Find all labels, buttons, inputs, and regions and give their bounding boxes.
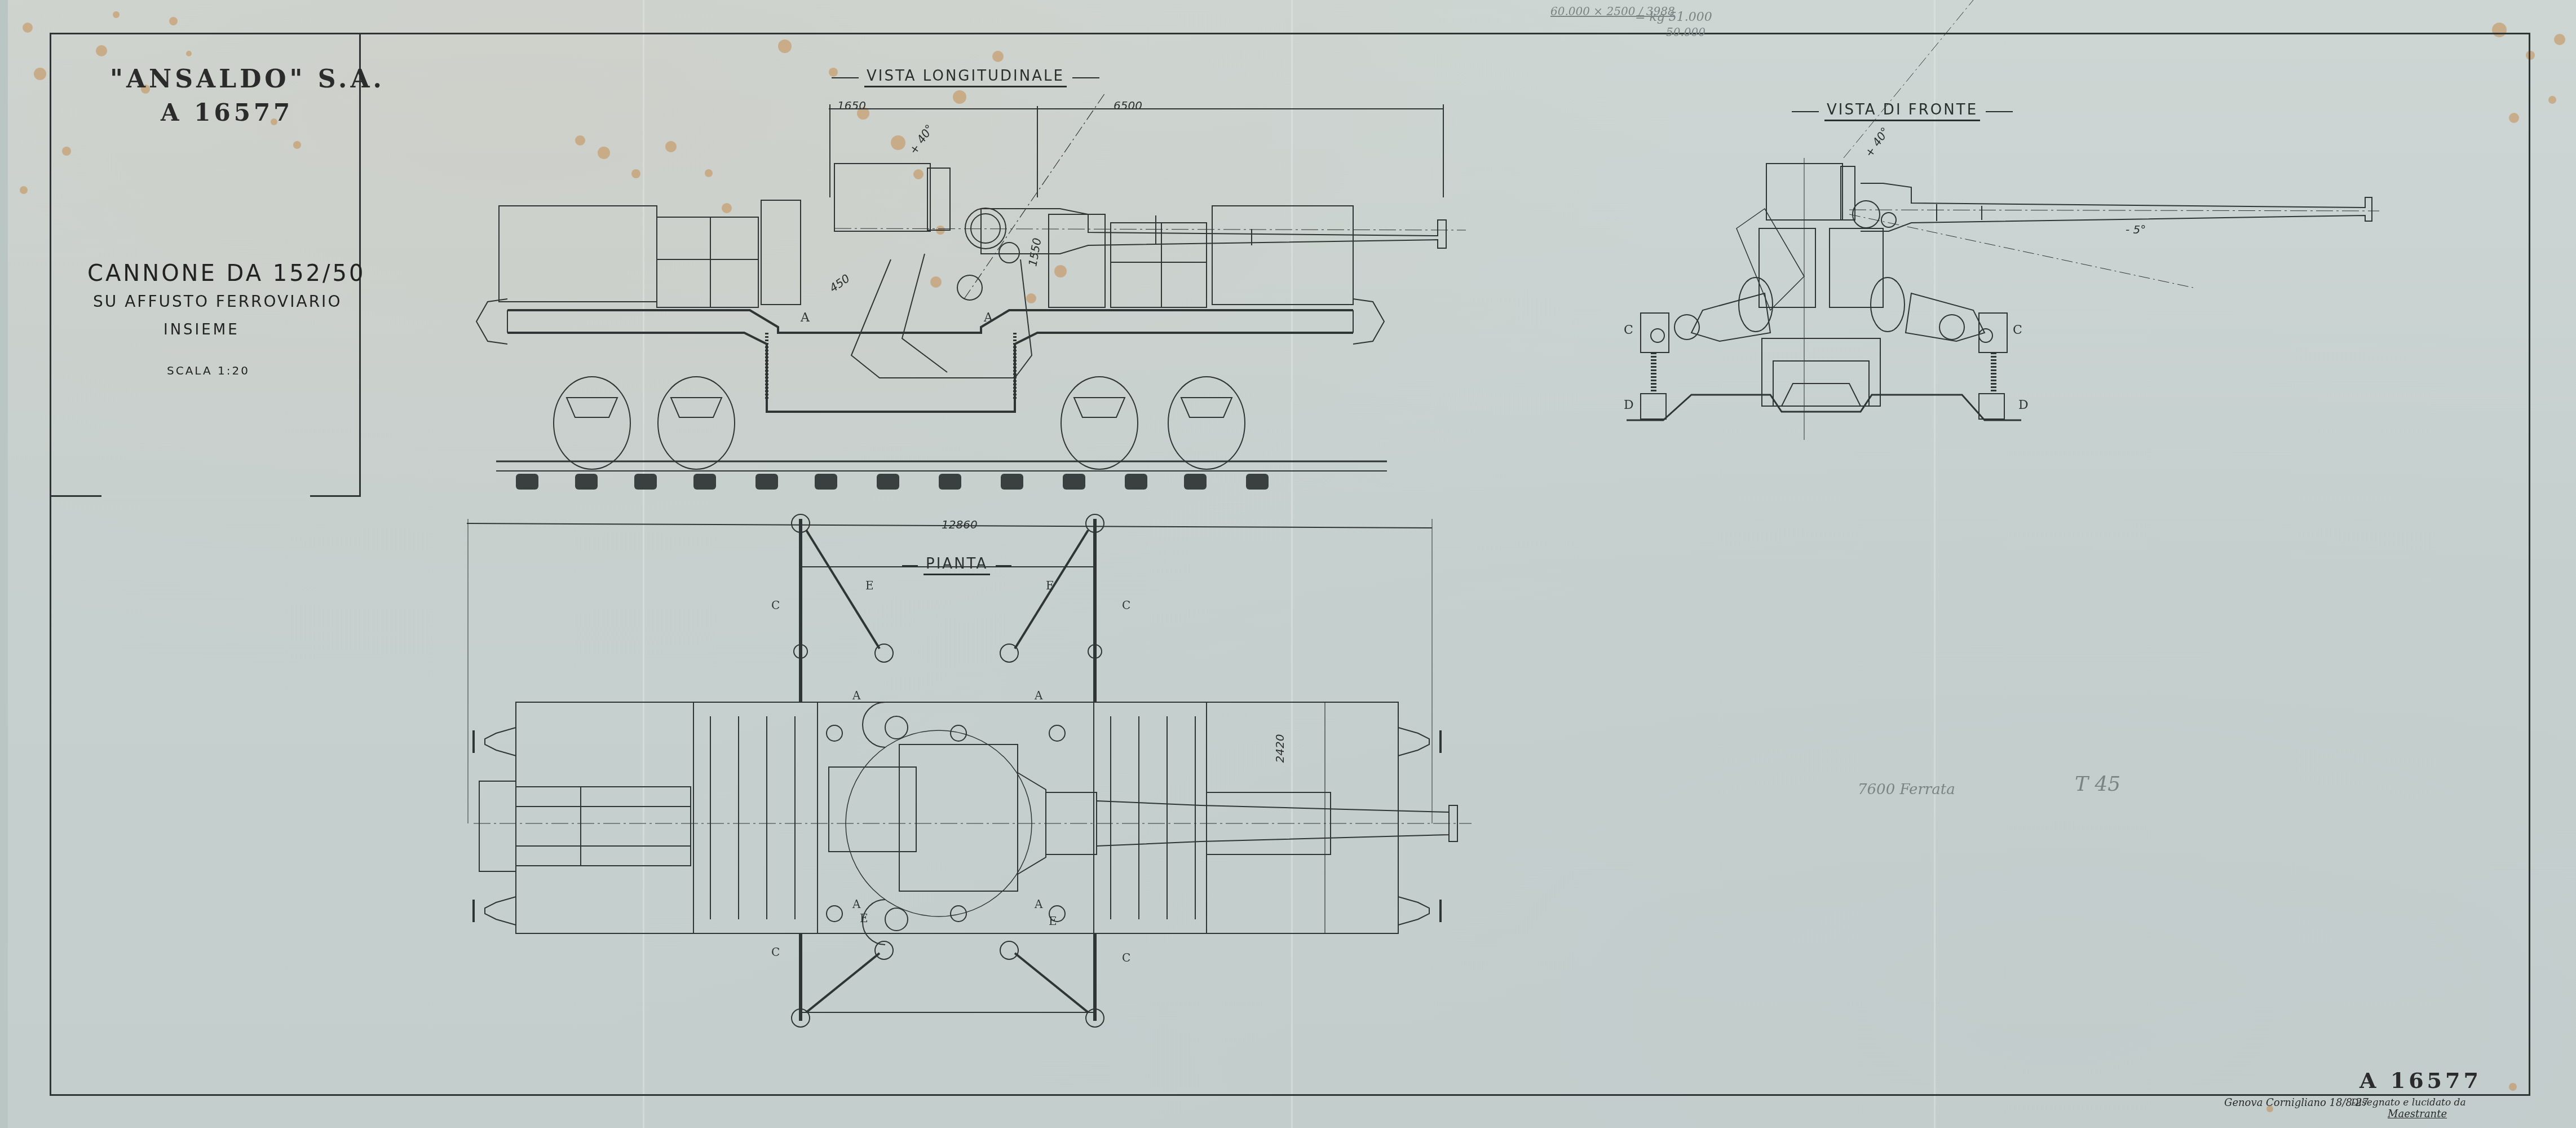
svg-text:C: C [1122,951,1130,964]
svg-text:C: C [771,598,780,612]
svg-text:E: E [865,579,874,592]
pencil-result: = kg 51.000 [1635,10,1712,24]
drawing-title: CANNONE DA 152/50 [87,261,365,287]
svg-text:C: C [2013,323,2022,337]
svg-text:A: A [1034,897,1043,911]
sheet-edge [0,0,8,1128]
svg-text:A: A [852,897,861,911]
longitudinal-view-drawing: A A [462,85,1477,423]
svg-text:C: C [1122,598,1130,612]
pencil-note-middle: 7600 Ferrata [1858,781,1955,798]
drawing-scale: SCALA 1:20 [167,364,250,377]
drawing-number: A 16577 [161,99,293,126]
svg-text:C: C [771,945,780,959]
svg-text:E: E [860,911,868,925]
drawing-subtitle: SU AFFUSTO FERROVIARIO [93,292,342,311]
svg-text:D: D [1624,398,1634,412]
svg-text:D: D [2018,398,2029,412]
company-name: "ANSALDO" S.A. [110,65,385,94]
footer-credit: Disegnato e lucidato da [2351,1097,2466,1108]
svg-text:A: A [800,311,810,325]
svg-text:E: E [1049,914,1057,928]
footer-place-date: Genova Cornigliano 18/8-27 [2224,1097,2369,1109]
svg-text:E: E [1046,579,1054,592]
front-view-drawing: C C D D [1624,141,2413,446]
plan-view-drawing: A A A A C C C C E E E E [462,508,1477,1026]
pencil-note: 50.000 [1666,25,1705,39]
drawing-type: INSIEME [164,321,240,338]
plan-markers: A A A A C C C C E E E E [771,579,1130,964]
drawing-sheet: "ANSALDO" S.A. A 16577 CANNONE DA 152/50… [0,0,2576,1128]
pencil-code: T 45 [2075,773,2120,796]
svg-text:A: A [983,311,993,325]
footer-drawing-number: A 16577 [2360,1068,2482,1093]
svg-text:A: A [1034,689,1043,702]
longitudinal-markers: A A [800,311,993,325]
footer-signature: Maestrante [2388,1108,2447,1120]
view-label-front: VISTA DI FRONTE [1792,102,2013,121]
front-markers: C C D D [1624,323,2029,412]
svg-text:A: A [852,689,861,702]
svg-text:C: C [1624,323,1633,337]
